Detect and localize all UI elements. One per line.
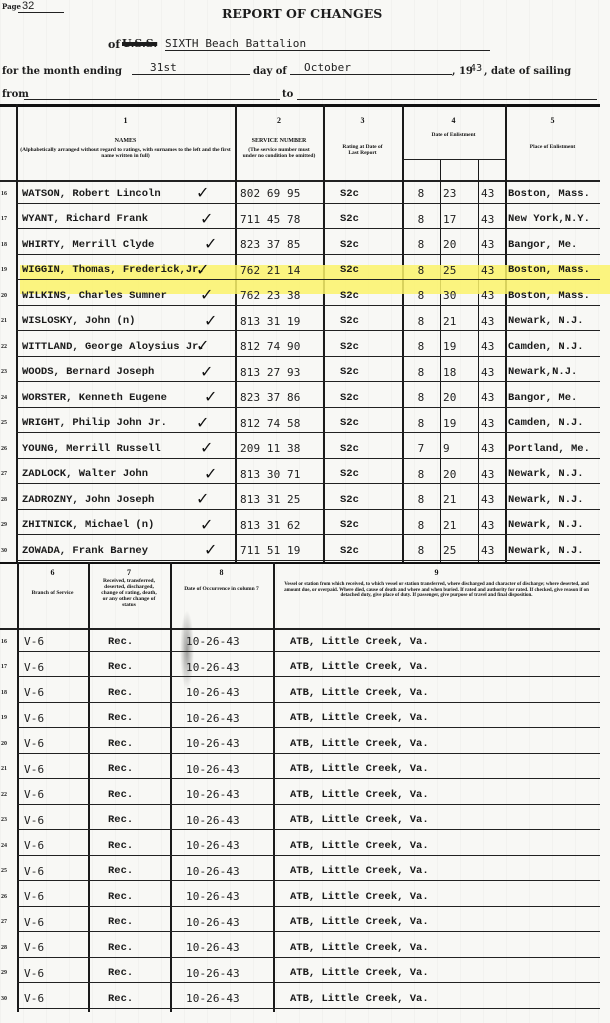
col4-header: 4 Date of Enlistment [402, 118, 505, 138]
check-mark-icon: ✓ [200, 285, 213, 304]
table2-top-rule [0, 562, 600, 564]
col7-header: 7 Received, transferred, deserted, disch… [88, 570, 170, 608]
check-mark-icon: ✓ [200, 209, 213, 228]
row-number: 27 [1, 910, 17, 936]
vessel-name: SIXTH Beach Battalion [165, 37, 490, 51]
check-mark-icon: ✓ [196, 336, 209, 355]
row-rule [16, 330, 600, 331]
table-row: 27ZADLOCK, Walter John✓813 30 71S2c82043… [0, 462, 610, 488]
report-of-changes-page: Page 32 REPORT OF CHANGES of U.S.S. SIXT… [0, 0, 610, 1023]
table-row: 24V-6Rec.10-26-43ATB, Little Creek, Va. [0, 833, 610, 859]
row-number: 22 [1, 782, 17, 808]
date-of-sailing-label: , date of sailing [484, 66, 571, 77]
row-rule [16, 407, 600, 408]
table-row: 26V-6Rec.10-26-43ATB, Little Creek, Va. [0, 884, 610, 910]
row-rule [16, 203, 600, 204]
row-number: 30 [1, 538, 16, 564]
row-rule [17, 804, 600, 805]
row-number: 25 [1, 859, 17, 885]
col1-header: 1 NAMES (Alphabetically arranged without… [16, 118, 235, 159]
col6-header: 6 Branch of Service [17, 570, 88, 596]
table-row: 23WOODS, Bernard Joseph✓813 27 93S2c8184… [0, 360, 610, 386]
check-mark-icon: ✓ [200, 515, 213, 534]
row-number: 26 [1, 436, 16, 462]
report-title: REPORT OF CHANGES [222, 6, 382, 21]
row-rule [17, 931, 600, 932]
scan-stain [180, 610, 194, 690]
table-row: 19WIGGIN, Thomas, Frederick,Jr.✓762 21 1… [0, 258, 610, 284]
year-suffix: 43 [470, 63, 482, 74]
col8-header: 8 Date of Occurrence in column 7 [170, 570, 273, 592]
row-rule [17, 906, 600, 907]
table-row: 21WISLOSKY, John (n)✓813 31 19S2c82143Ne… [0, 309, 610, 335]
row-number: 20 [1, 731, 17, 757]
check-mark-icon: ✓ [196, 489, 209, 508]
table-row: 21V-6Rec.10-26-43ATB, Little Creek, Va. [0, 757, 610, 783]
table-row: 18V-6Rec.10-26-43ATB, Little Creek, Va. [0, 680, 610, 706]
table-row: 20V-6Rec.10-26-43ATB, Little Creek, Va. [0, 731, 610, 757]
table1-top-rule [0, 104, 600, 107]
table-row: 28ZADROZNY, John Joseph✓813 31 25S2c8214… [0, 487, 610, 513]
table-row: 24WORSTER, Kenneth Eugene✓823 37 86S2c82… [0, 385, 610, 411]
row-rule [17, 702, 600, 703]
row-rule [16, 509, 600, 510]
check-mark-icon: ✓ [200, 438, 213, 457]
check-mark-icon: ✓ [200, 362, 213, 381]
row-number: 24 [1, 385, 16, 411]
table-row: 19V-6Rec.10-26-43ATB, Little Creek, Va. [0, 706, 610, 732]
row-rule [16, 305, 600, 306]
table-row: 17V-6Rec.10-26-43ATB, Little Creek, Va. [0, 655, 610, 681]
to-line [297, 99, 597, 100]
row-number: 25 [1, 411, 16, 437]
table-row: 22WITTLAND, George Aloysius Jr.✓812 74 9… [0, 334, 610, 360]
row-rule [17, 855, 600, 856]
row-rule [17, 651, 600, 652]
row-number: 30 [1, 986, 17, 1012]
table-row: 20WILKINS, Charles Sumner✓762 23 38S2c83… [0, 283, 610, 309]
row-number: 21 [1, 309, 16, 335]
row-number: 18 [1, 680, 17, 706]
row-number: 20 [1, 283, 16, 309]
table-row: 18WHIRTY, Merrill Clyde✓823 37 85S2c8204… [0, 232, 610, 258]
col3-header: 3 Rating at Date of Last Report [323, 118, 402, 156]
row-rule [17, 1008, 600, 1009]
row-rule [16, 483, 600, 484]
page-number: 32 [18, 0, 64, 13]
row-number: 28 [1, 487, 16, 513]
row-rule [17, 982, 600, 983]
day-of-label: day of [253, 66, 287, 77]
check-mark-icon: ✓ [204, 234, 217, 253]
vessel-prefix-struck: U.S.S. [122, 37, 157, 50]
table-row: 22V-6Rec.10-26-43ATB, Little Creek, Va. [0, 782, 610, 808]
row-rule [16, 254, 600, 255]
row-rule [17, 829, 600, 830]
of-label: of [108, 38, 120, 51]
row-rule [16, 279, 600, 280]
row-number: 16 [1, 629, 17, 655]
month-ending-day: 31st [132, 61, 250, 75]
row-number: 18 [1, 232, 16, 258]
table-row: 29V-6Rec.10-26-43ATB, Little Creek, Va. [0, 961, 610, 987]
col2-header: 2 SERVICE NUMBER (The service number mus… [235, 118, 323, 159]
month-value: October [290, 61, 452, 75]
row-number: 19 [1, 706, 17, 732]
check-mark-icon: ✓ [204, 464, 217, 483]
row-rule [16, 560, 600, 561]
row-number: 17 [1, 655, 17, 681]
row-number: 22 [1, 334, 16, 360]
table-row: 16WATSON, Robert Lincoln✓802 69 95S2c823… [0, 181, 610, 207]
row-rule [17, 778, 600, 779]
date-subheader-rule [402, 159, 505, 160]
row-number: 16 [1, 181, 16, 207]
check-mark-icon: ✓ [204, 311, 217, 330]
row-rule [17, 676, 600, 677]
check-mark-icon: ✓ [204, 387, 217, 406]
table-row: 27V-6Rec.10-26-43ATB, Little Creek, Va. [0, 910, 610, 936]
row-rule [17, 727, 600, 728]
row-number: 27 [1, 462, 16, 488]
row-rule [16, 432, 600, 433]
table-row: 26YOUNG, Merrill Russell✓209 11 38S2c794… [0, 436, 610, 462]
check-mark-icon: ✓ [196, 413, 209, 432]
row-number: 21 [1, 757, 17, 783]
table-row: 30V-6Rec.10-26-43ATB, Little Creek, Va. [0, 986, 610, 1012]
row-number: 29 [1, 513, 16, 539]
row-number: 26 [1, 884, 17, 910]
row-rule [16, 356, 600, 357]
col9-header: 9 Vessel or station from which received,… [273, 570, 600, 599]
from-line [24, 99, 280, 100]
month-ending-label: for the month ending [2, 66, 122, 77]
row-number: 19 [1, 258, 16, 284]
check-mark-icon: ✓ [196, 260, 209, 279]
row-rule [16, 228, 600, 229]
row-rule [17, 880, 600, 881]
table-row: 16V-6Rec.10-26-43ATB, Little Creek, Va. [0, 629, 610, 655]
check-mark-icon: ✓ [196, 183, 209, 202]
row-number: 29 [1, 961, 17, 987]
table-row: 28V-6Rec.10-26-43ATB, Little Creek, Va. [0, 935, 610, 961]
check-mark-icon: ✓ [204, 540, 217, 559]
row-rule [16, 381, 600, 382]
table-row: 30ZOWADA, Frank Barney✓711 51 19S2c82543… [0, 538, 610, 564]
table-row: 29ZHITNICK, Michael (n)✓813 31 62S2c8214… [0, 513, 610, 539]
col5-header: 5 Place of Enlistment [505, 118, 600, 150]
table-row: 25V-6Rec.10-26-43ATB, Little Creek, Va. [0, 859, 610, 885]
table-row: 25WRIGHT, Philip John Jr.✓812 74 58S2c81… [0, 411, 610, 437]
row-number: 23 [1, 360, 16, 386]
row-rule [16, 534, 600, 535]
row-rule [16, 458, 600, 459]
row-number: 24 [1, 833, 17, 859]
table-row: 23V-6Rec.10-26-43ATB, Little Creek, Va. [0, 808, 610, 834]
table-row: 17WYANT, Richard Frank✓711 45 78S2c81743… [0, 207, 610, 233]
row-rule [17, 957, 600, 958]
row-number: 17 [1, 207, 16, 233]
row-rule [17, 753, 600, 754]
row-number: 28 [1, 935, 17, 961]
to-label: to [282, 89, 293, 100]
row-number: 23 [1, 808, 17, 834]
